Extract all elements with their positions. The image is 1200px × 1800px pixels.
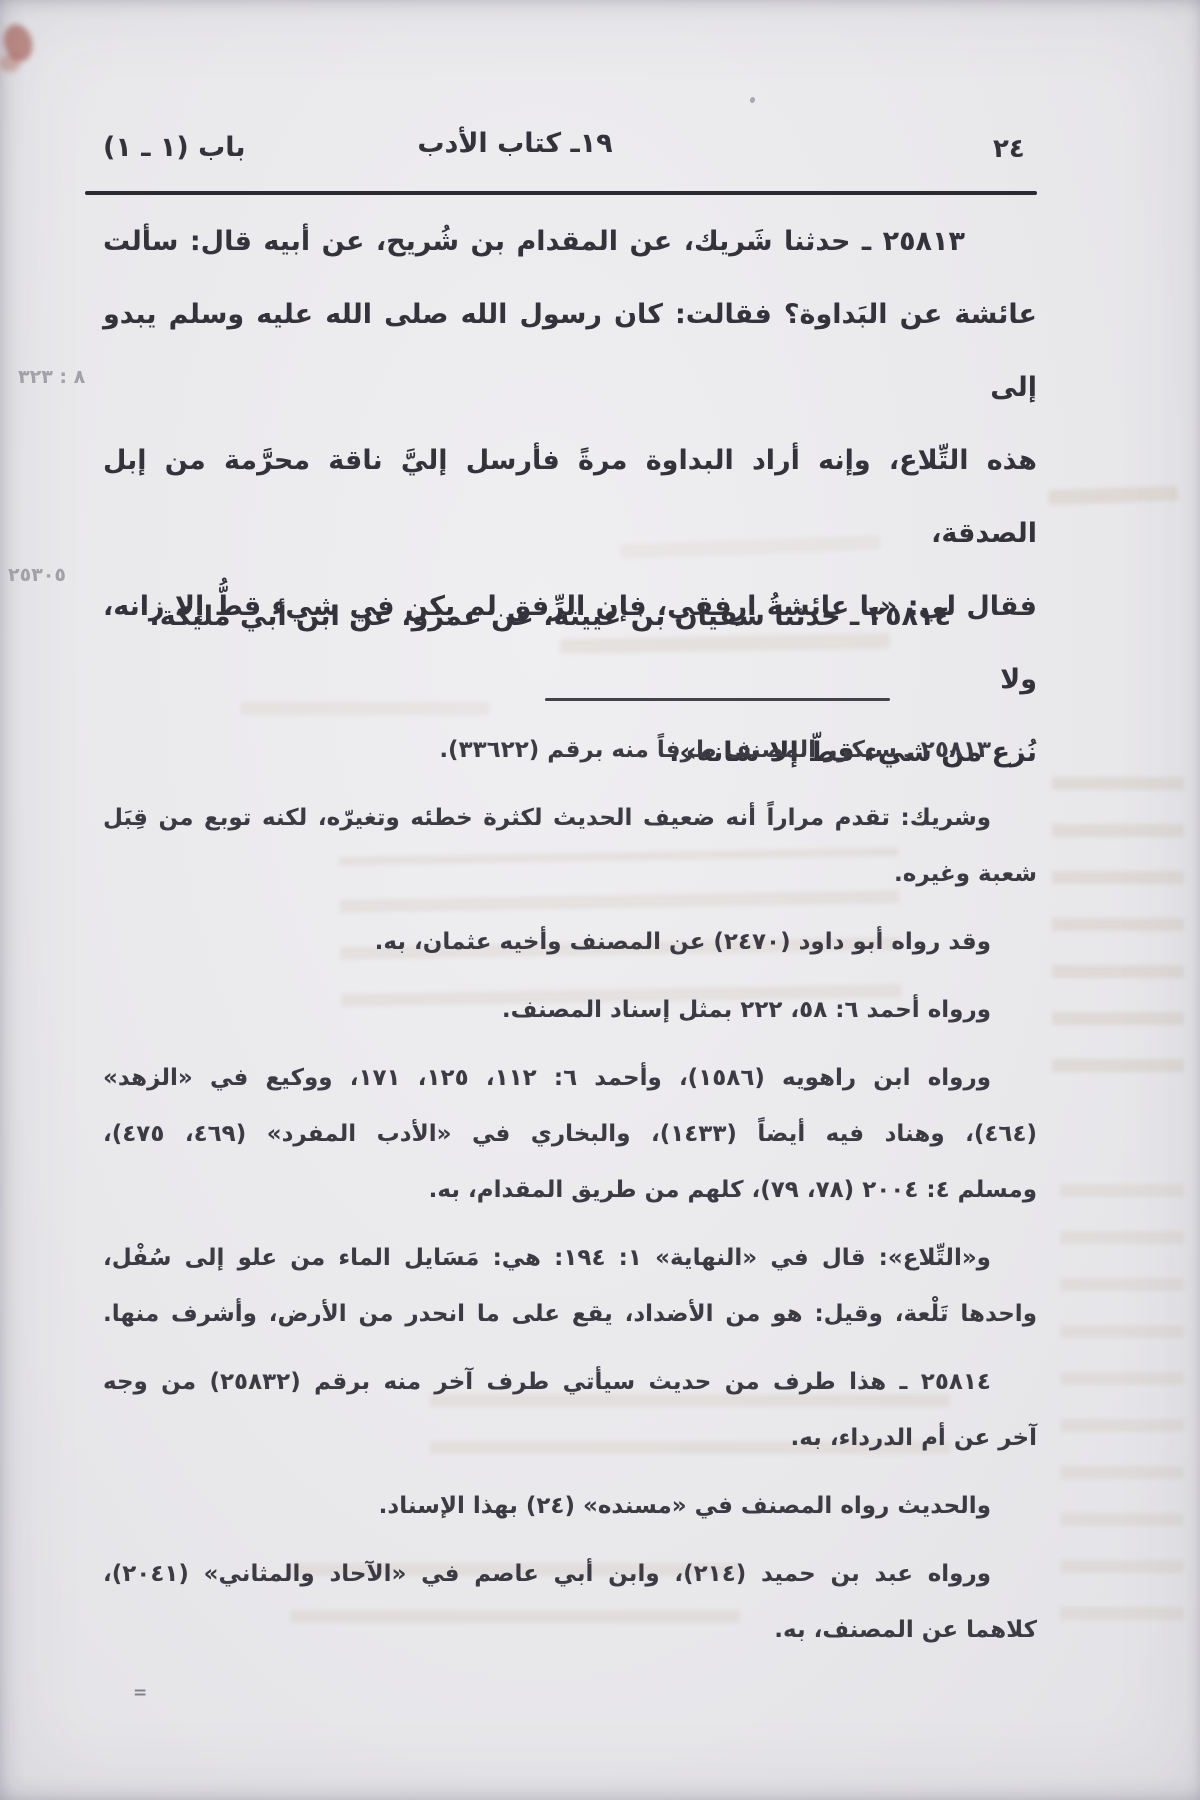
book-title: ١٩ـ كتاب الأدب bbox=[0, 128, 1030, 159]
footnote-paragraph: وقد رواه أبو داود (٢٤٧٠) عن المصنف وأخيه… bbox=[103, 914, 1037, 970]
footnote-paragraph: و«التِّلاع»: قال في «النهاية» ١: ١٩٤: هي… bbox=[103, 1230, 1037, 1342]
footnote-paragraph: وشريك: تقدم مراراً أنه ضعيف الحديث لكثرة… bbox=[103, 790, 1037, 902]
margin-note-hadith-number: ٢٥٣٠٥ bbox=[8, 564, 66, 586]
footnote-line: (٤٦٤)، وهناد فيه أيضاً (١٤٣٣)، والبخاري … bbox=[103, 1106, 1037, 1162]
hadith-text-line: هذه التِّلاع، وإنه أراد البداوة مرةً فأر… bbox=[103, 424, 1037, 570]
scanned-book-page: { "header": { "chapter": "باب (١ ـ ١)", … bbox=[0, 0, 1200, 1800]
footnote-divider bbox=[545, 698, 890, 701]
footnote-line: ورواه أحمد ٦: ٥٨، ٢٢٢ بمثل إسناد المصنف. bbox=[103, 982, 1037, 1038]
footnote-line: وشريك: تقدم مراراً أنه ضعيف الحديث لكثرة… bbox=[103, 790, 1037, 846]
footnote-line: ومسلم ٤: ٢٠٠٤ (٧٨، ٧٩)، كلهم من طريق الم… bbox=[103, 1162, 1037, 1218]
footnote-line: و«التِّلاع»: قال في «النهاية» ١: ١٩٤: هي… bbox=[103, 1230, 1037, 1286]
hadith-25814-paragraph: ٢٥٨١٤ ـ حدثنا سفيان بن عيينة، عن عمرو، ع… bbox=[103, 580, 1037, 653]
footnote-line: ٢٥٨١٣ ـ سيكرر المصنف طرفاً منه برقم (٣٣٦… bbox=[103, 722, 1037, 778]
footnote-paragraph: ورواه عبد بن حميد (٢١٤)، وابن أبي عاصم ف… bbox=[103, 1546, 1037, 1658]
footnote-paragraph: ٢٥٨١٣ ـ سيكرر المصنف طرفاً منه برقم (٣٣٦… bbox=[103, 722, 1037, 778]
footnote-line: واحدها تَلْعة، وقيل: هو من الأضداد، يقع … bbox=[103, 1286, 1037, 1342]
hadith-25813-paragraph: ٢٥٨١٣ ـ حدثنا شَريك، عن المقدام بن شُريح… bbox=[103, 205, 1037, 789]
hadith-text-line: عائشة عن البَداوة؟ فقالت: كان رسول الله … bbox=[103, 278, 1037, 424]
footnote-line: ٢٥٨١٤ ـ هذا طرف من حديث سيأتي طرف آخر من… bbox=[103, 1354, 1037, 1410]
footnote-paragraph: ورواه ابن راهويه (١٥٨٦)، وأحمد ٦: ١١٢، ١… bbox=[103, 1050, 1037, 1218]
margin-note-volume-page: ٨ : ٣٢٣ bbox=[18, 366, 85, 388]
footnotes-block: ٢٥٨١٣ ـ سيكرر المصنف طرفاً منه برقم (٣٣٦… bbox=[103, 722, 1037, 1670]
footnote-paragraph: ورواه أحمد ٦: ٥٨، ٢٢٢ بمثل إسناد المصنف. bbox=[103, 982, 1037, 1038]
page-number: ٢٤ bbox=[993, 134, 1025, 164]
footnote-line: كلاهما عن المصنف، به. bbox=[103, 1602, 1037, 1658]
header-rule bbox=[85, 191, 1037, 195]
hadith-text-line: ٢٥٨١٤ ـ حدثنا سفيان بن عيينة، عن عمرو، ع… bbox=[103, 580, 1037, 653]
footnote-paragraph: والحديث رواه المصنف في «مسنده» (٢٤) بهذا… bbox=[103, 1478, 1037, 1534]
footnote-line: شعبة وغيره. bbox=[103, 846, 1037, 902]
footnote-line: آخر عن أم الدرداء، به. bbox=[103, 1410, 1037, 1466]
footnote-line: ورواه عبد بن حميد (٢١٤)، وابن أبي عاصم ف… bbox=[103, 1546, 1037, 1602]
footnote-line: والحديث رواه المصنف في «مسنده» (٢٤) بهذا… bbox=[103, 1478, 1037, 1534]
footnote-line: ورواه ابن راهويه (١٥٨٦)، وأحمد ٦: ١١٢، ١… bbox=[103, 1050, 1037, 1106]
red-ink-stain bbox=[0, 54, 20, 72]
footnote-line: وقد رواه أبو داود (٢٤٧٠) عن المصنف وأخيه… bbox=[103, 914, 1037, 970]
footnote-paragraph: ٢٥٨١٤ ـ هذا طرف من حديث سيأتي طرف آخر من… bbox=[103, 1354, 1037, 1466]
bottom-equals-mark: = bbox=[133, 1683, 147, 1703]
hadith-text-line: ٢٥٨١٣ ـ حدثنا شَريك، عن المقدام بن شُريح… bbox=[103, 205, 1037, 278]
